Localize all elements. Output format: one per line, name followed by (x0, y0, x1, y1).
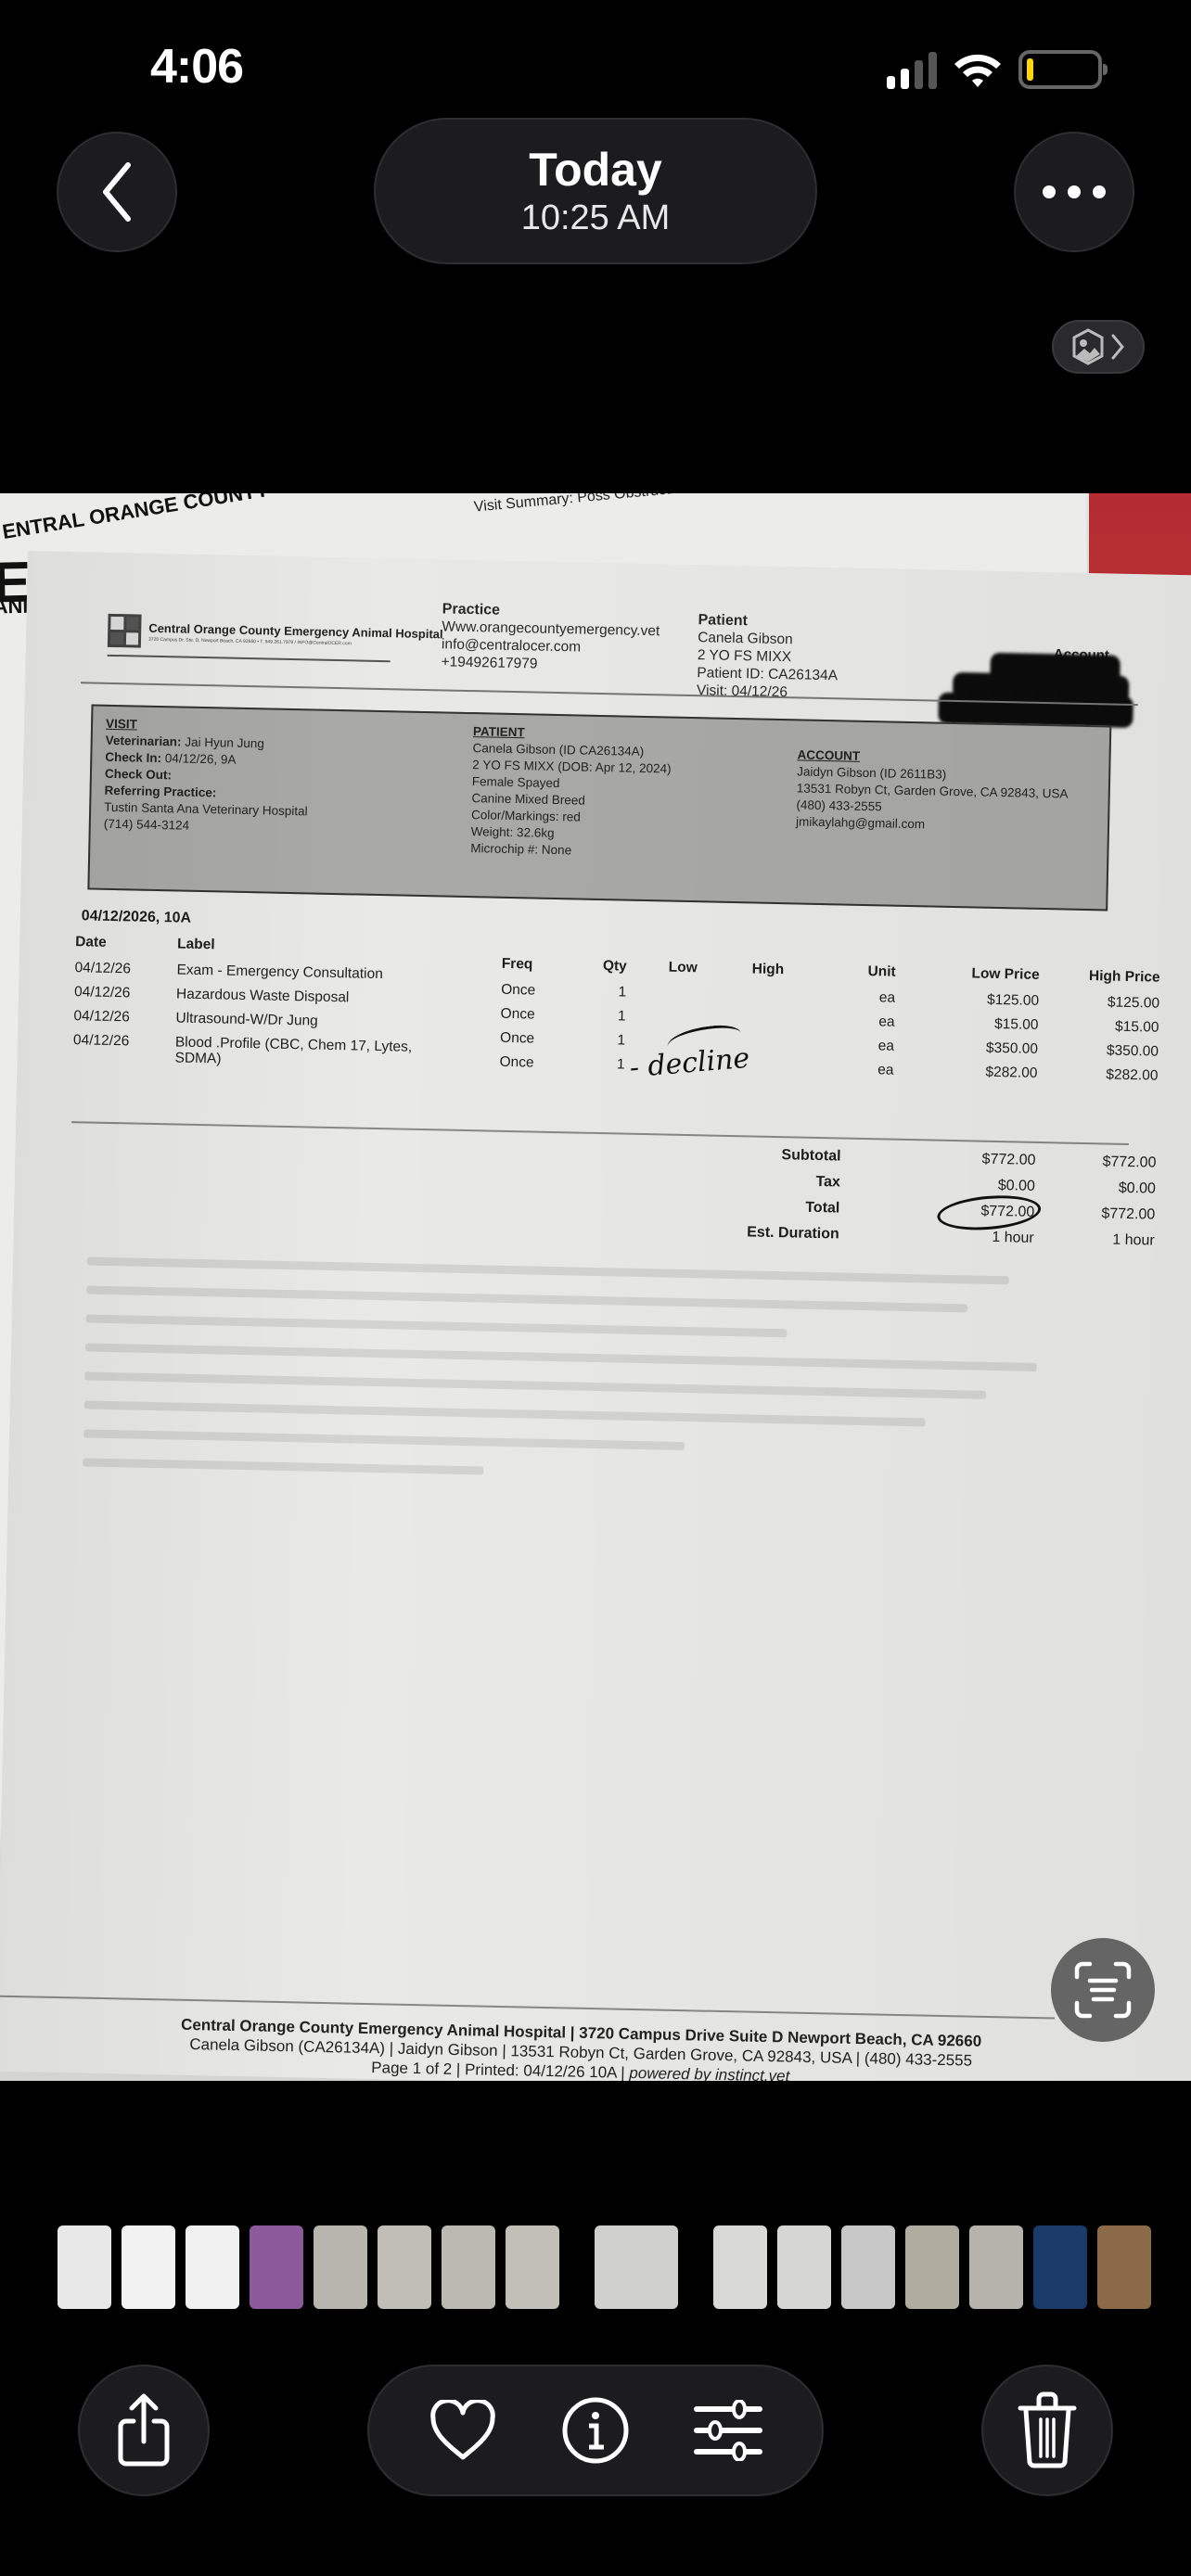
date-title-pill[interactable]: Today 10:25 AM (374, 118, 817, 264)
visual-lookup-button[interactable] (1052, 320, 1145, 374)
share-icon (113, 2393, 174, 2468)
status-time: 4:06 (150, 39, 243, 95)
veterinarian-label: Veterinarian: (106, 733, 182, 749)
thumbnail-photo-dog[interactable] (442, 2225, 495, 2309)
chevron-right-icon (1110, 333, 1125, 361)
visit-date: Visit: 04/12/26 (697, 682, 838, 702)
estimate-date: 04/12/2026, 10A (82, 908, 192, 926)
thumbnail-photo-dog-purple[interactable] (250, 2225, 303, 2309)
total-high: $772.00 (1053, 1205, 1155, 1223)
practice-block: Practice Www.orangecountyemergency.vet i… (441, 600, 660, 675)
battery-icon (1018, 50, 1102, 89)
col-label: Label (177, 936, 446, 957)
visit-column: VISIT Veterinarian: Jai Hyun Jung Check … (104, 716, 310, 837)
thumbnail-photo-dog[interactable] (314, 2225, 367, 2309)
row-freq: Once (499, 1054, 533, 1072)
thumbnail-photo-dog[interactable] (506, 2225, 559, 2309)
row-unit: ea (858, 989, 895, 1007)
row-high-price: $15.00 (1057, 1017, 1159, 1036)
col-date: Date (75, 934, 107, 951)
trash-icon (1017, 2391, 1078, 2469)
paw-cross-icon (108, 614, 142, 648)
row-low-price: $282.00 (935, 1064, 1037, 1082)
summary-divider (71, 1121, 1129, 1145)
thumbnail-photo-hallway[interactable] (905, 2225, 959, 2309)
thumbnail-screenshot-messages[interactable] (1033, 2225, 1087, 2309)
visit-summary-text: Visit Summary: Poss Obstruction (473, 493, 690, 516)
handwritten-note: - decline (628, 1042, 750, 1085)
cellular-signal-icon (887, 50, 937, 89)
ellipsis-icon (1042, 185, 1107, 199)
thumbnail-photo-dog[interactable] (969, 2225, 1023, 2309)
tax-low: $0.00 (933, 1177, 1035, 1195)
tax-label: Tax (815, 1174, 840, 1192)
patient-header-block: Patient Canela Gibson 2 YO FS MIXX Patie… (697, 611, 839, 702)
check-out-label: Check Out: (105, 767, 172, 783)
row-freq: Once (501, 982, 535, 1000)
duration-high: 1 hour (1053, 1231, 1155, 1249)
chevron-left-icon (98, 161, 135, 223)
row-label: Hazardous Waste Disposal (176, 986, 445, 1007)
row-date: 04/12/26 (74, 984, 131, 1001)
status-icons (887, 50, 1102, 89)
patient-column: PATIENT Canela Gibson (ID CA26134A) 2 YO… (470, 723, 672, 861)
col-qty: Qty (599, 958, 627, 976)
row-qty: 1 (596, 1056, 624, 1074)
estimate-document: Central Orange County Emergency Animal H… (0, 551, 1191, 2081)
photo-viewer[interactable]: ENTRAL ORANGE COUNTY EM ANIM Visit Summa… (0, 493, 1191, 2081)
visual-lookup-icon (1071, 328, 1105, 365)
thumbnail-document-xray[interactable] (186, 2225, 239, 2309)
battery-level (1027, 58, 1033, 81)
adjust-button[interactable] (691, 2393, 765, 2468)
thumbnail-photo-dog[interactable] (1097, 2225, 1151, 2309)
col-high-price: High Price (1057, 967, 1159, 986)
info-icon (561, 2396, 630, 2465)
thumbnail-document[interactable] (122, 2225, 175, 2309)
practice-phone: +19492617979 (441, 653, 659, 675)
duration-low: 1 hour (932, 1229, 1034, 1247)
show-through-text (79, 1257, 1089, 1668)
col-low-price: Low Price (937, 965, 1039, 984)
row-low-price: $125.00 (937, 991, 1039, 1010)
row-unit: ea (857, 1014, 894, 1031)
row-qty: 1 (597, 1008, 625, 1026)
row-low-price: $15.00 (936, 1015, 1038, 1034)
col-freq: Freq (502, 956, 533, 974)
subtotal-row: Subtotal $772.00 $772.00 (71, 1132, 1129, 1154)
wifi-icon (952, 50, 1004, 89)
thumbnail-document[interactable] (58, 2225, 111, 2309)
duration-label: Est. Duration (747, 1224, 839, 1243)
share-button[interactable] (78, 2365, 210, 2496)
table-header: Date Label Freq Qty Low High Unit Low Pr… (75, 934, 1133, 956)
thumbnail-strip[interactable] (0, 2225, 1191, 2311)
account-column: ACCOUNT Jaidyn Gibson (ID 2611B3) 13531 … (796, 746, 1069, 835)
back-button[interactable] (57, 132, 177, 252)
delete-button[interactable] (981, 2365, 1113, 2496)
row-low-price: $350.00 (936, 1039, 1038, 1058)
row-label: Exam - Emergency Consultation (176, 962, 445, 983)
row-high-price: $350.00 (1057, 1041, 1159, 1060)
subtotal-high: $772.00 (1054, 1153, 1156, 1171)
col-unit: Unit (859, 963, 896, 981)
row-date: 04/12/26 (73, 1008, 130, 1026)
check-in-label: Check In: (105, 750, 161, 765)
photo-actions-pill (367, 2365, 824, 2496)
tax-high: $0.00 (1054, 1179, 1156, 1197)
live-text-icon (1073, 1960, 1133, 2020)
time-subtitle: 10:25 AM (521, 197, 671, 239)
thumbnail-current-document[interactable] (595, 2225, 678, 2309)
row-unit: ea (857, 1038, 894, 1055)
visit-info-box: VISIT Veterinarian: Jai Hyun Jung Check … (87, 704, 1111, 911)
live-text-button[interactable] (1051, 1938, 1155, 2042)
row-high-price: $282.00 (1056, 1065, 1158, 1084)
check-in-value: 04/12/26, 9A (165, 751, 237, 767)
thumbnail-document[interactable] (713, 2225, 767, 2309)
subtotal-label: Subtotal (781, 1147, 840, 1165)
favorite-button[interactable] (426, 2393, 500, 2468)
row-unit: ea (856, 1062, 893, 1079)
sliders-icon (693, 2400, 763, 2461)
footer-powered-by: powered by instinct.vet (629, 2064, 789, 2081)
footer-page-info: Page 1 of 2 | Printed: 04/12/26 10A | (371, 2059, 630, 2081)
handwritten-circle (936, 1192, 1043, 1233)
heart-icon (429, 2400, 496, 2461)
document-footer: Central Orange County Emergency Animal H… (52, 2012, 1110, 2081)
row-date: 04/12/26 (73, 1032, 130, 1050)
row-date: 04/12/26 (74, 960, 131, 977)
background-page-title: ENTRAL ORANGE COUNTY (1, 493, 271, 544)
info-button[interactable] (558, 2393, 633, 2468)
row-qty: 1 (597, 1032, 625, 1050)
more-options-button[interactable] (1014, 132, 1134, 252)
hospital-logo: Central Orange County Emergency Animal H… (108, 614, 443, 655)
thumbnail-photo-room[interactable] (841, 2225, 895, 2309)
row-freq: Once (500, 1030, 534, 1048)
thumbnail-document[interactable] (777, 2225, 831, 2309)
subtotal-low: $772.00 (933, 1151, 1035, 1169)
col-low: Low (669, 960, 698, 977)
row-qty: 1 (598, 984, 626, 1001)
row-freq: Once (500, 1006, 534, 1024)
logo-divider (108, 655, 391, 662)
referring-practice-label: Referring Practice: (104, 784, 216, 800)
date-title: Today (529, 143, 662, 197)
veterinarian-name: Jai Hyun Jung (185, 735, 264, 751)
col-high: High (752, 961, 785, 978)
row-label: Ultrasound-W/Dr Jung (175, 1010, 444, 1031)
row-high-price: $125.00 (1057, 993, 1159, 1012)
row-label: Blood .Profile (CBC, Chem 17, Lytes, SDM… (174, 1034, 444, 1071)
total-label: Total (805, 1200, 839, 1218)
thumbnail-photo-dog[interactable] (378, 2225, 431, 2309)
patient-line: Microchip #: None (470, 840, 670, 861)
